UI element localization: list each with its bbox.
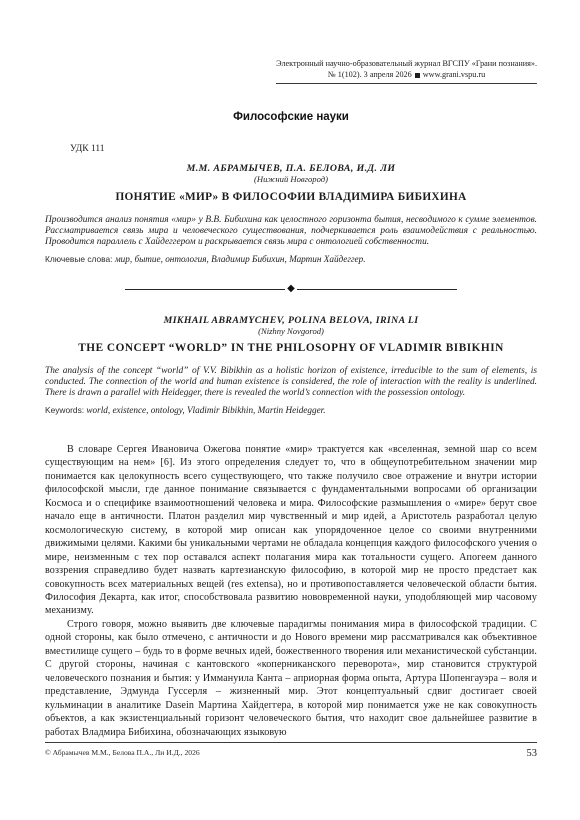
body-paragraph-2: Строго говоря, можно выявить две ключевы…: [45, 618, 537, 739]
square-bullet-icon: [415, 73, 420, 78]
keywords-ru-label: Ключевые слова:: [45, 254, 113, 264]
journal-issue: № 1(102). 3 апреля 2026: [328, 70, 412, 79]
article-title-en: THE CONCEPT “WORLD” IN THE PHILOSOPHY OF…: [45, 342, 537, 354]
section-separator: ◆: [125, 284, 457, 294]
authors-en: MIKHAIL ABRAMYCHEV, POLINA BELOVA, IRINA…: [45, 315, 537, 326]
authors-ru: М.М. АБРАМЫЧЕВ, П.А. БЕЛОВА, И.Д. ЛИ: [45, 163, 537, 174]
journal-header-block: Электронный научно-образовательный журна…: [276, 58, 537, 84]
separator-line-right: [297, 289, 457, 290]
section-heading: Философские науки: [45, 111, 537, 123]
keywords-en-line: Keywords: world, existence, ontology, Vl…: [45, 405, 537, 416]
keywords-en-text: world, existence, ontology, Vladimir Bib…: [84, 405, 325, 415]
location-ru: (Нижний Новгород): [45, 174, 537, 185]
article-title-ru: ПОНЯТИЕ «МИР» В ФИЛОСОФИИ ВЛАДИМИРА БИБИ…: [45, 191, 537, 203]
location-en: (Nizhny Novgorod): [45, 326, 537, 337]
journal-url[interactable]: www.grani.vspu.ru: [423, 70, 485, 79]
diamond-separator-icon: ◆: [287, 284, 295, 294]
journal-header: Электронный научно-образовательный журна…: [45, 58, 537, 84]
keywords-ru-text: мир, бытие, онтология, Владимир Бибихин,…: [113, 254, 366, 264]
journal-page: Электронный научно-образовательный журна…: [0, 0, 580, 820]
page-number: 53: [527, 748, 538, 759]
keywords-ru-line: Ключевые слова: мир, бытие, онтология, В…: [45, 254, 537, 265]
keywords-en-label: Keywords:: [45, 405, 84, 415]
abstract-ru: Производится анализ понятия «мир» у В.В.…: [45, 215, 537, 248]
separator-line-left: [125, 289, 285, 290]
footer-copyright: © Абрамычев М.М., Белова П.А., Ли И.Д., …: [45, 748, 200, 757]
journal-issue-line: № 1(102). 3 апреля 2026www.grani.vspu.ru: [276, 69, 537, 80]
abstract-en: The analysis of the concept “world” of V…: [45, 366, 537, 399]
journal-name: Электронный научно-образовательный журна…: [276, 58, 537, 69]
page-footer: © Абрамычев М.М., Белова П.А., Ли И.Д., …: [45, 742, 537, 759]
article-body: В словаре Сергея Ивановича Ожегова понят…: [45, 443, 537, 739]
udc-label: УДК 111: [70, 144, 537, 154]
body-paragraph-1: В словаре Сергея Ивановича Ожегова понят…: [45, 443, 537, 618]
